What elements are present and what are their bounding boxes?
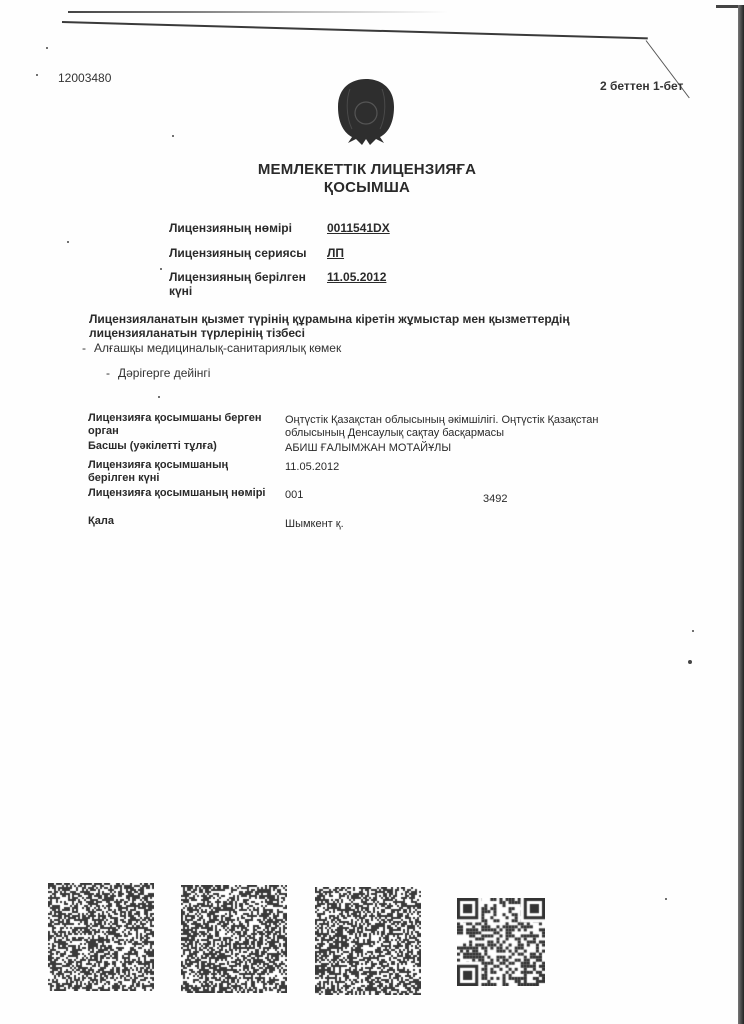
issuer-value: Оңтүстік Қазақстан облысының әкімшілігі.… [285,414,625,440]
title-line-2: ҚОСЫМША [0,179,734,197]
head-label: Басшы (уәкілетті тұлға) [88,440,278,453]
appendix-number-label: Лицензияға қосымшаның нөмірі [88,487,278,500]
document-title: МЕМЛЕКЕТТІК ЛИЦЕНЗИЯҒА ҚОСЫМША [0,161,734,197]
scan-speck [158,396,160,398]
scan-speck [160,268,162,270]
qr-code [457,898,545,986]
appendix-issue-date-label: Лицензияға қосымшаның берілген күні [88,459,248,485]
appendix-number-value: 001 [285,489,625,502]
head-value: АБИШ ҒАЛЫМЖАН МОТАЙҰЛЫ [285,442,625,455]
title-line-1: МЕМЛЕКЕТТІК ЛИЦЕНЗИЯҒА [0,161,734,179]
license-series-label: Лицензияның сериясы [169,246,319,260]
scan-speck [36,74,38,76]
scan-artifact-line [68,11,448,13]
page-indicator: 2 беттен 1-бет [600,79,683,93]
works-list-item-text: Алғашқы медициналық-санитариялық көмек [94,341,341,355]
scan-speck [692,630,694,632]
issuer-label: Лицензияға қосымшаны берген орган [88,412,268,438]
barcode-1 [48,883,154,991]
scan-speck [46,47,48,49]
works-list-item-text: Дәрігерге дейінгі [118,366,210,380]
works-list-item: -Дәрігерге дейінгі [106,366,210,380]
scan-speck [688,660,692,664]
license-issue-date-label: Лицензияның берілген күні [169,270,319,298]
license-number-label: Лицензияның нөмірі [169,221,319,235]
scan-artifact-line [62,21,648,39]
works-list-item: -Алғашқы медициналық-санитариялық көмек [82,341,341,355]
license-issue-date-value: 11.05.2012 [327,270,386,284]
license-number-value: 0011541DX [327,221,390,235]
city-value: Шымкент қ. [285,518,625,531]
scan-edge [738,5,744,1024]
appendix-number-extra: 3492 [483,493,507,505]
license-series-value: ЛП [327,246,344,260]
scan-speck [665,898,667,900]
barcode-3 [315,887,421,995]
city-label: Қала [88,515,278,528]
barcode-2 [181,885,287,993]
appendix-issue-date-value: 11.05.2012 [285,461,625,474]
state-emblem-icon [330,77,402,147]
scan-speck [67,241,69,243]
works-list-heading: Лицензияланатын қызмет түрінің құрамына … [89,312,599,340]
document-id: 12003480 [58,71,111,85]
scan-speck [172,135,174,137]
